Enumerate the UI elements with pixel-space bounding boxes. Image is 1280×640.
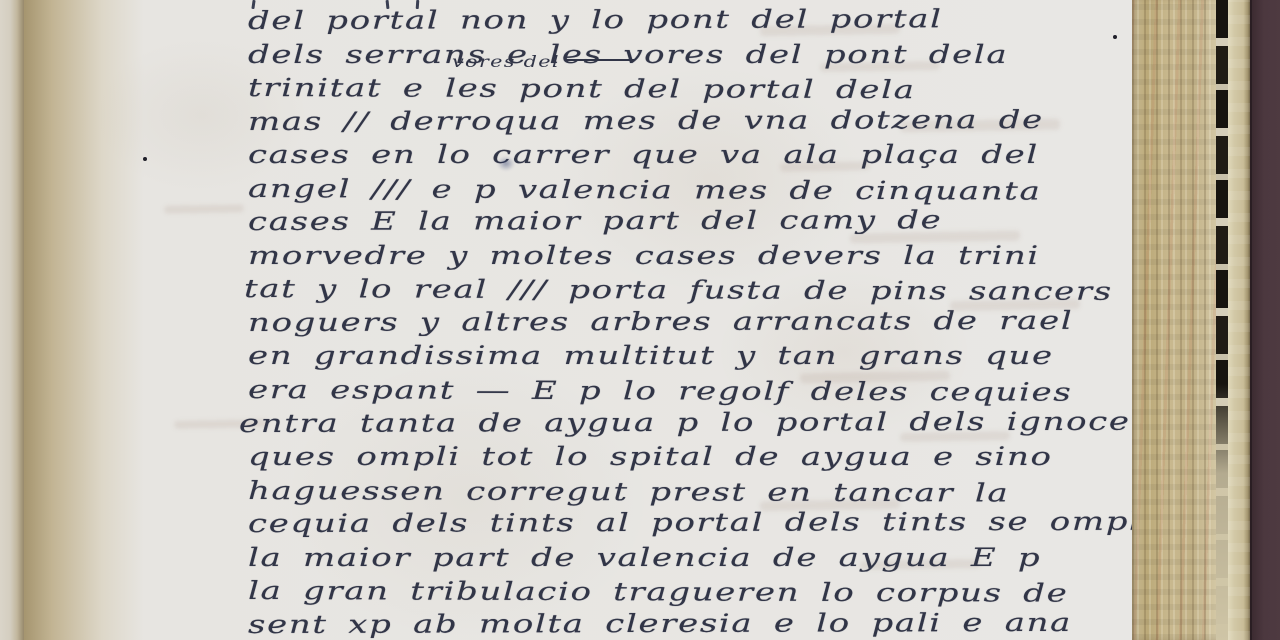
photo-background bbox=[1250, 0, 1280, 640]
ink-blot bbox=[497, 156, 515, 171]
handwritten-line: morvedre y moltes cases devers la trini bbox=[248, 239, 1280, 273]
ink-speck bbox=[143, 157, 147, 161]
handwritten-line: noguers y altres arbres arrancats de rae… bbox=[248, 303, 1280, 340]
manuscript-page: del portal non y lo pont del portal dels… bbox=[24, 0, 1132, 640]
handwritten-line: mas // derroqua mes de vna dotzena de bbox=[248, 101, 1280, 138]
handwritten-line: del portal non y lo pont del portal bbox=[248, 1, 1280, 38]
handwritten-line: en grandissima multitut y tan grans que bbox=[248, 339, 1280, 373]
interlinear-text: vores del bbox=[452, 52, 560, 71]
handwritten-line: cases E la maior part del camy de bbox=[248, 202, 1280, 239]
handwritten-text-block: del portal non y lo pont del portal dels… bbox=[248, 4, 1148, 640]
cover-edge bbox=[1228, 0, 1250, 640]
interlinear-insertion: vores del bbox=[452, 52, 634, 71]
handwritten-line: cases en lo carrer que va ala plaça del bbox=[248, 138, 1280, 172]
page-fore-edge bbox=[1132, 0, 1216, 640]
bleed-mark bbox=[164, 204, 244, 213]
handwritten-line: ques ompli tot lo spital de aygua e sino bbox=[248, 440, 1280, 474]
handwritten-line: sent xp ab molta cleresia e lo pali e an… bbox=[248, 605, 1280, 640]
handwritten-line: dels serrans e les vores del pont dela bbox=[248, 38, 1280, 72]
handwritten-line: la maior part de valencia de aygua E p bbox=[248, 541, 1280, 575]
manuscript-photo: del portal non y lo pont del portal dels… bbox=[0, 0, 1280, 640]
ink-speck bbox=[1113, 35, 1117, 39]
insertion-flourish bbox=[566, 59, 634, 61]
handwritten-line: cequia dels tints al portal dels tints s… bbox=[248, 504, 1280, 541]
handwritten-line: entra tanta de aygua p lo portal dels ig… bbox=[239, 403, 1280, 440]
facing-page-edge bbox=[0, 0, 24, 640]
